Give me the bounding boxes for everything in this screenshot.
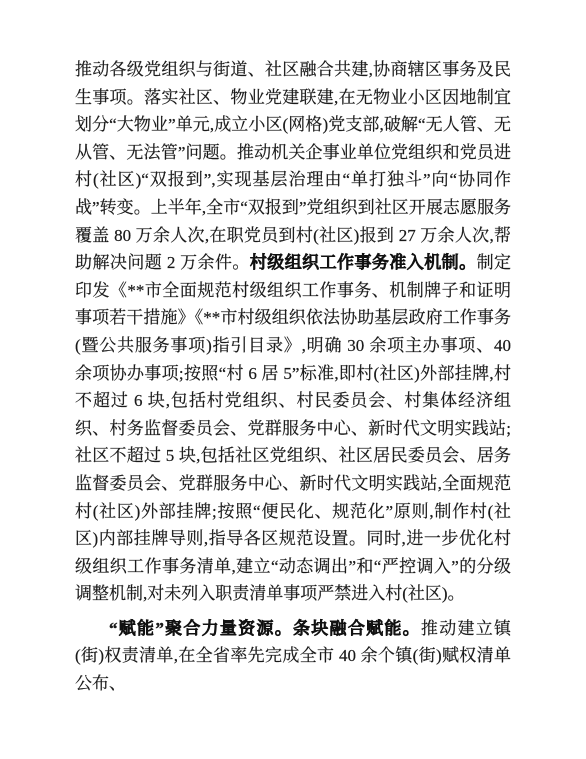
bold-lead-text: 村级组织工作事务准入机制。 [250,253,477,272]
document-body: 推动各级党组织与街道、社区融合共建,协商辖区事务及民生事项。落实社区、物业党建联… [75,56,511,698]
bold-lead-text: “赋能”聚合力量资源。条块融合赋能。 [109,619,421,638]
paragraph: 推动各级党组织与街道、社区融合共建,协商辖区事务及民生事项。落实社区、物业党建联… [75,56,511,608]
body-text: 推动各级党组织与街道、社区融合共建,协商辖区事务及民生事项。落实社区、物业党建联… [75,60,511,272]
document-page: 推动各级党组织与街道、社区融合共建,协商辖区事务及民生事项。落实社区、物业党建联… [0,0,586,759]
paragraph: “赋能”聚合力量资源。条块融合赋能。推动建立镇(街)权责清单,在全省率先完成全市… [75,615,511,698]
body-text: 制定印发《**市全面规范村级组织工作事务、机制牌子和证明事项若干措施》《**市村… [75,253,511,603]
